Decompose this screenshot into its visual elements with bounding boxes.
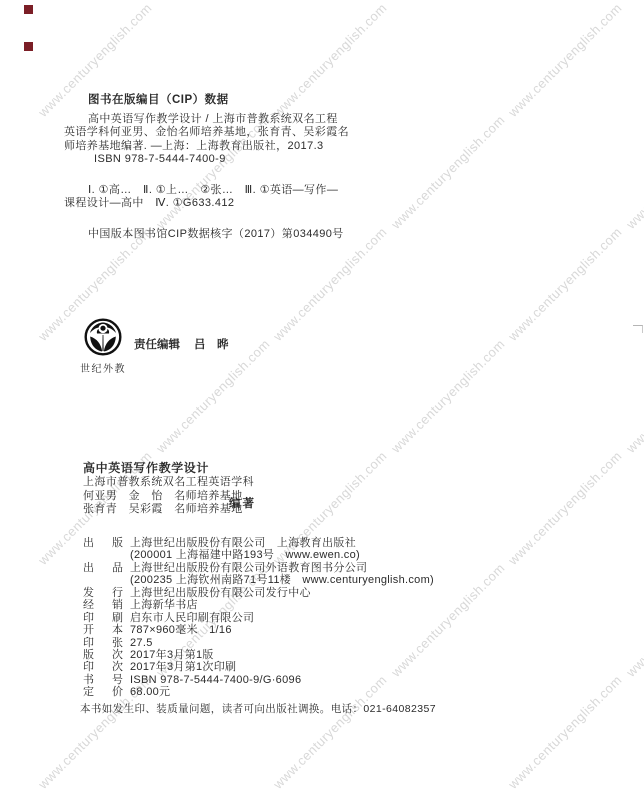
colophon-value: (200001 上海福建中路193号 www.ewen.co): [130, 549, 360, 561]
colophon-value: 上海世纪出版股份有限公司外语教育图书分公司: [130, 562, 367, 574]
watermark-text: www.centuryenglish.com: [623, 112, 644, 232]
watermark-text: www.centuryenglish.com: [270, 224, 390, 344]
colophon-row: 印次2017年3月第1次印刷: [83, 661, 434, 673]
colophon-row: (200001 上海福建中路193号 www.ewen.co): [83, 549, 434, 561]
colophon-row: (200235 上海钦州南路71号11楼 www.centuryenglish.…: [83, 574, 434, 586]
colophon-label: 版次: [83, 649, 123, 661]
colophon-value: 2017年3月第1版: [130, 649, 214, 661]
colophon-value: 787×960毫米 1/16: [130, 624, 232, 636]
colophon-row: 定价68.00元: [83, 686, 434, 698]
colophon-label: [83, 574, 123, 586]
watermark-text: www.centuryenglish.com: [623, 336, 644, 456]
cip-line: Ⅰ. ①高… Ⅱ. ①上… ②张… Ⅲ. ①英语—写作—: [64, 184, 338, 197]
author-line: 上海市普教系统双名工程英语学科: [83, 476, 254, 490]
colophon-value: 上海新华书店: [130, 599, 198, 611]
watermark-text: www.centuryenglish.com: [388, 112, 508, 232]
colophon-value: ISBN 978-7-5444-7400-9/G·6096: [130, 674, 301, 686]
colophon-value: 27.5: [130, 637, 153, 649]
watermark-text: www.centuryenglish.com: [153, 336, 273, 456]
book-title: 高中英语写作教学设计: [83, 459, 209, 476]
colophon-label: 经销: [83, 599, 123, 611]
colophon-value: 上海世纪出版股份有限公司发行中心: [130, 587, 311, 599]
colophon-label: 印次: [83, 661, 123, 673]
colophon-value: (200235 上海钦州南路71号11楼 www.centuryenglish.…: [130, 574, 434, 586]
colophon-value: 上海世纪出版股份有限公司 上海教育出版社: [130, 537, 356, 549]
cip-classification: Ⅰ. ①高… Ⅱ. ①上… ②张… Ⅲ. ①英语—写作— 课程设计—高中 Ⅳ. …: [64, 184, 338, 211]
colophon-row: 书号ISBN 978-7-5444-7400-9/G·6096: [83, 674, 434, 686]
colophon-label: 出版: [83, 537, 123, 549]
colophon-label: 书号: [83, 674, 123, 686]
colophon-value: 启东市人民印刷有限公司: [130, 612, 254, 624]
century-foreign-education-logo-icon: [84, 318, 122, 356]
cip-isbn-line: ISBN 978-7-5444-7400-9: [64, 153, 349, 166]
watermark-text: www.centuryenglish.com: [388, 336, 508, 456]
responsible-editor-line: 责任编辑吕 晔: [134, 336, 229, 352]
cip-record-number: 中国版本图书馆CIP数据核字（2017）第034490号: [88, 225, 344, 241]
colophon-table: 出版上海世纪出版股份有限公司 上海教育出版社 (200001 上海福建中路193…: [83, 537, 434, 699]
registration-mark: [24, 5, 33, 14]
colophon-row: 开本787×960毫米 1/16: [83, 624, 434, 636]
watermark-text: www.centuryenglish.com: [505, 0, 625, 120]
colophon-label: 定价: [83, 686, 123, 698]
colophon-row: 经销上海新华书店: [83, 599, 434, 611]
watermark-text: www.centuryenglish.com: [505, 672, 625, 792]
cip-header: 图书在版编目（CIP）数据: [88, 91, 229, 107]
editor-name: 吕 晔: [194, 339, 229, 351]
watermark-text: www.centuryenglish.com: [270, 0, 390, 120]
watermark-text: www.centuryenglish.com: [505, 448, 625, 568]
colophon-value: 68.00元: [130, 686, 170, 698]
registration-mark: [24, 42, 33, 51]
editor-label: 责任编辑: [134, 339, 180, 351]
page-edge-tick: [633, 325, 643, 333]
colophon-label: 印张: [83, 637, 123, 649]
colophon-row: 出品上海世纪出版股份有限公司外语教育图书分公司: [83, 562, 434, 574]
colophon-label: [83, 549, 123, 561]
quality-notice: 本书如发生印、装质量问题，读者可向出版社调换。电话：021-64082357: [80, 701, 436, 716]
copyright-page: www.centuryenglish.comwww.centuryenglish…: [0, 0, 644, 800]
colophon-value: 2017年3月第1次印刷: [130, 661, 236, 673]
colophon-label: 出品: [83, 562, 123, 574]
cip-line: 师培养基地编著. —上海：上海教育出版社，2017.3: [64, 140, 349, 153]
cip-description: 高中英语写作教学设计 / 上海市普教系统双名工程 英语学科何亚男、金怡名师培养基…: [64, 113, 349, 167]
colophon-label: 开本: [83, 624, 123, 636]
cip-line: 英语学科何亚男、金怡名师培养基地，张育青、吴彩霞名: [64, 126, 349, 139]
logo-caption: 世纪外教: [76, 360, 130, 375]
colophon-row: 印张27.5: [83, 637, 434, 649]
colophon-row: 印刷启东市人民印刷有限公司: [83, 612, 434, 624]
compiler-role-label: 编著: [229, 495, 256, 511]
cip-line: 高中英语写作教学设计 / 上海市普教系统双名工程: [64, 113, 349, 126]
watermark-text: www.centuryenglish.com: [505, 224, 625, 344]
colophon-label: 发行: [83, 587, 123, 599]
colophon-row: 出版上海世纪出版股份有限公司 上海教育出版社: [83, 537, 434, 549]
colophon-row: 发行上海世纪出版股份有限公司发行中心: [83, 587, 434, 599]
colophon-row: 版次2017年3月第1版: [83, 649, 434, 661]
colophon-label: 印刷: [83, 612, 123, 624]
watermark-text: www.centuryenglish.com: [623, 560, 644, 680]
cip-line: 课程设计—高中 Ⅳ. ①G633.412: [64, 197, 338, 210]
